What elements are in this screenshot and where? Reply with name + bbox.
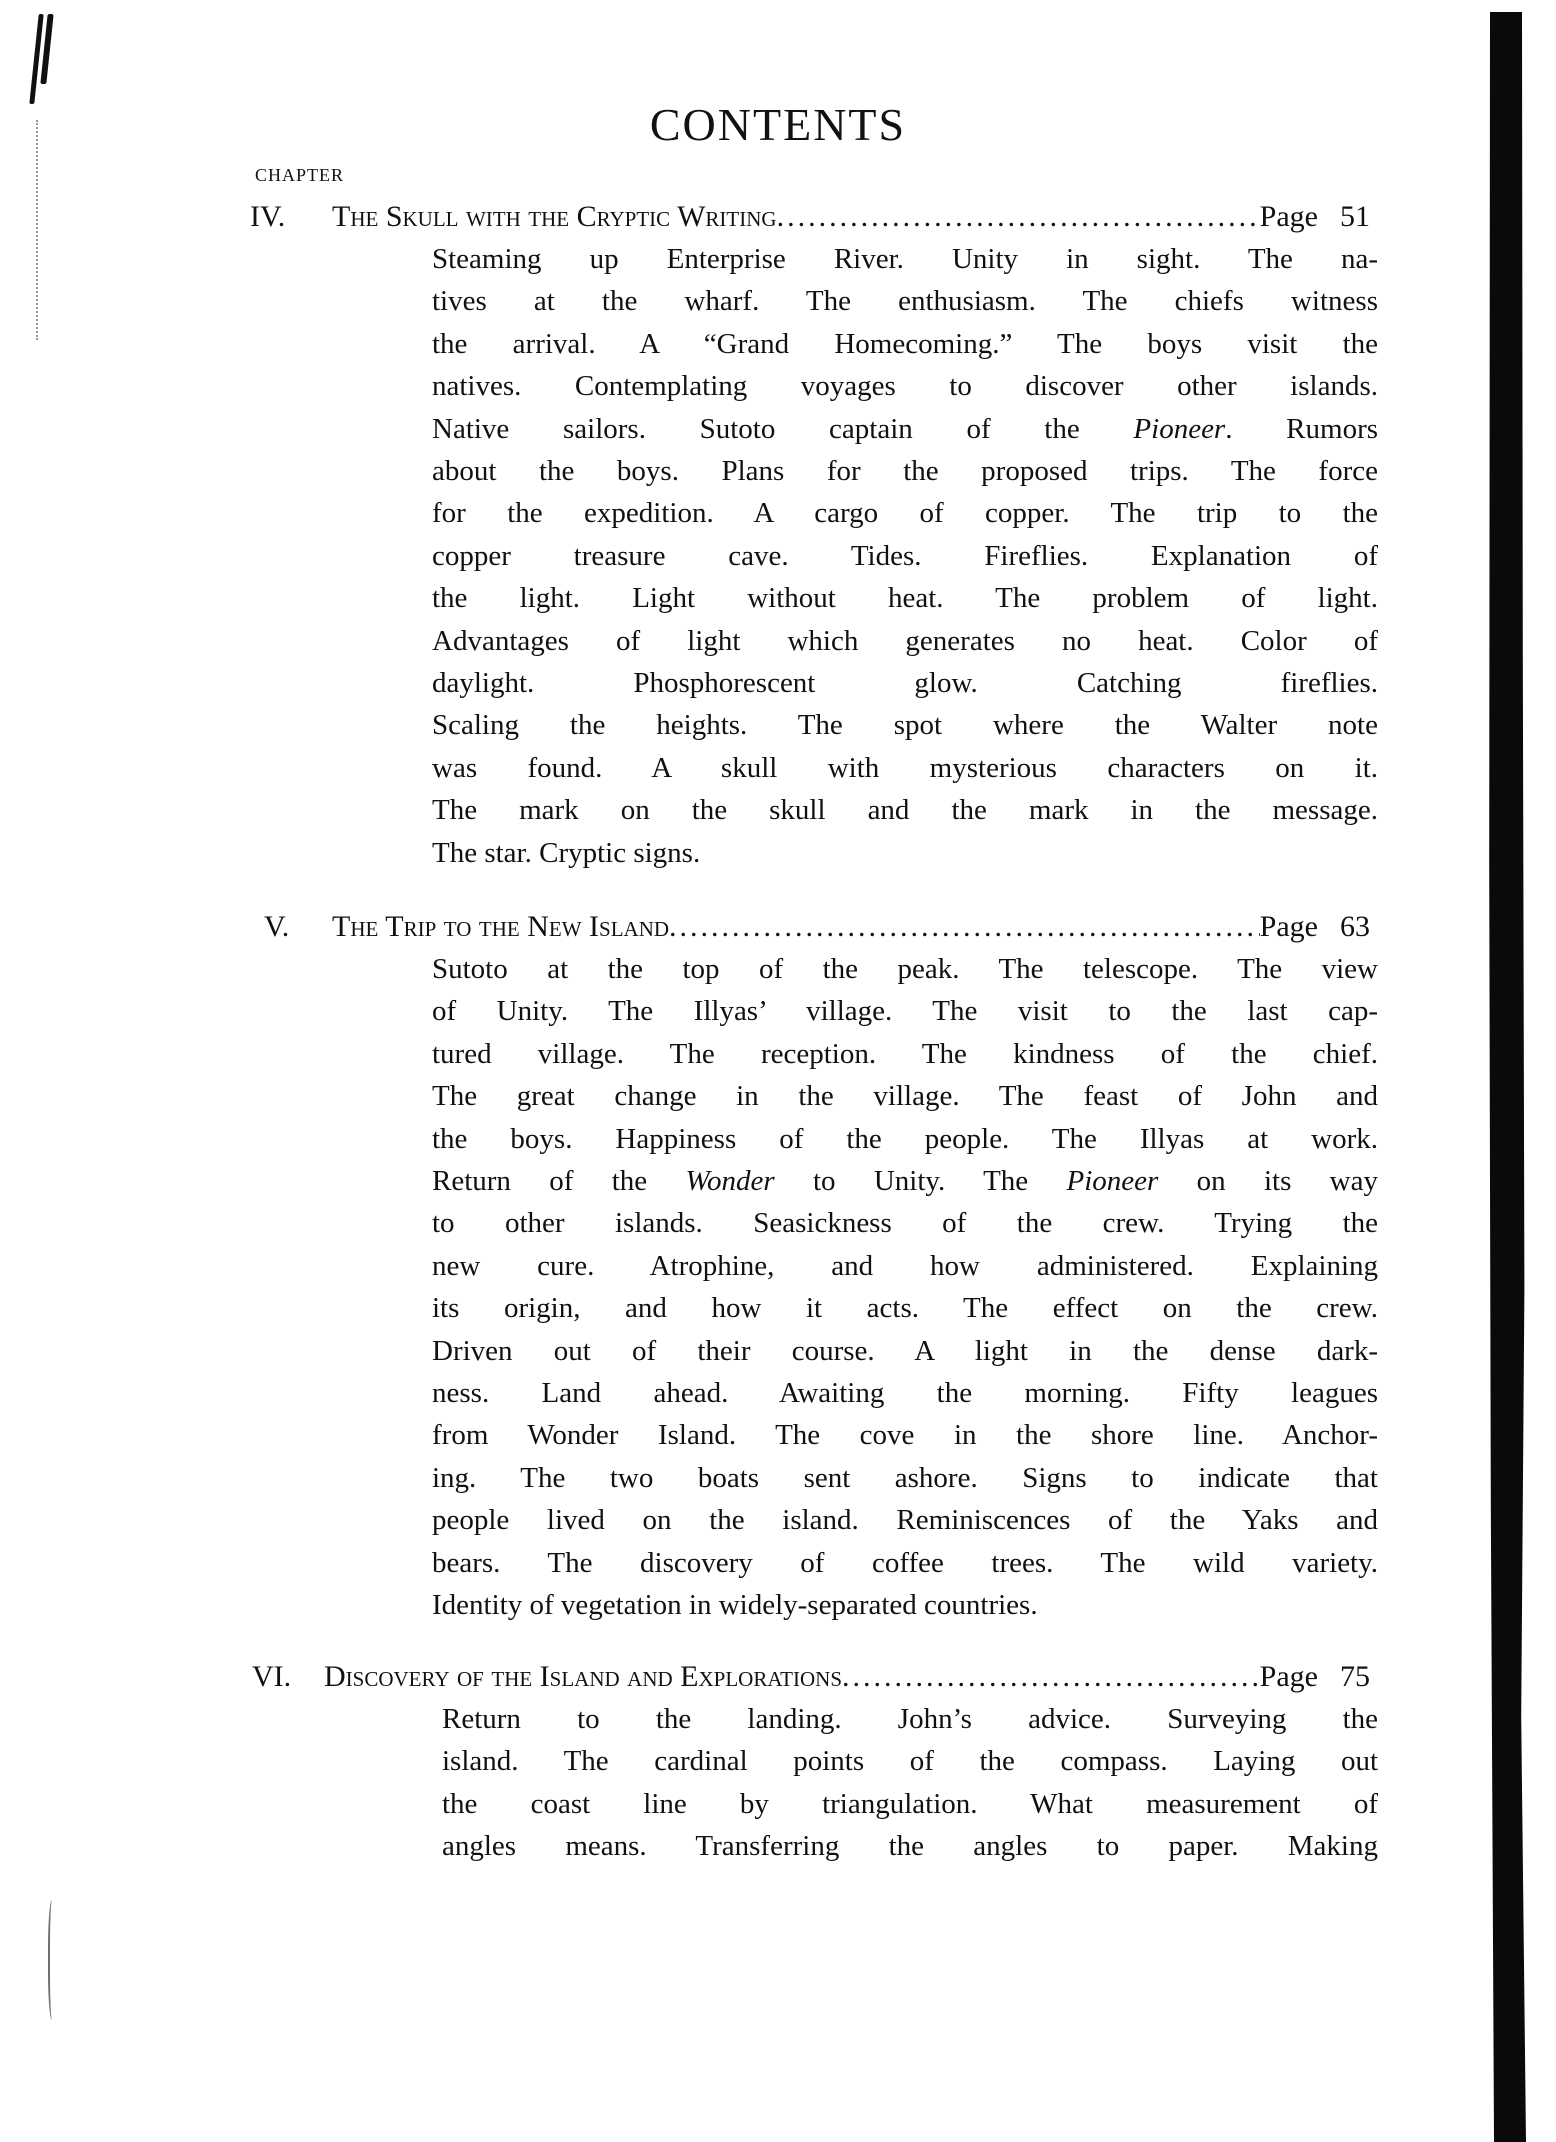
page-number[interactable]: 75: [1340, 1656, 1370, 1698]
leader-dots: ........................................…: [669, 906, 1260, 948]
summary-line: for the expedition. A cargo of copper. T…: [432, 492, 1378, 534]
summary-line: tives at the wharf. The enthusiasm. The …: [432, 280, 1378, 322]
page-title: CONTENTS: [0, 98, 1556, 151]
summary-line: bears. The discovery of coffee trees. Th…: [432, 1542, 1378, 1584]
toc-heading: VI. Discovery of the Island and Explorat…: [250, 1656, 1370, 1698]
leader-dots: ........................................…: [842, 1656, 1260, 1698]
summary-line: angles means. Transferring the angles to…: [442, 1825, 1378, 1867]
summary-line: people lived on the island. Reminiscence…: [432, 1499, 1378, 1541]
chapter-summary: Sutoto at the top of the peak. The teles…: [432, 948, 1378, 1627]
page-number[interactable]: 63: [1340, 906, 1370, 948]
summary-line: Advantages of light which generates no h…: [432, 620, 1378, 662]
summary-line: ness. Land ahead. Awaiting the morning. …: [432, 1372, 1378, 1414]
ship-name: Wonder: [686, 1165, 775, 1197]
summary-line: Sutoto at the top of the peak. The teles…: [432, 948, 1378, 990]
chapter-title[interactable]: Discovery of the Island and Explorations: [324, 1656, 842, 1698]
ship-name: Pioneer: [1067, 1165, 1159, 1197]
chapter-title[interactable]: The Trip to the New Island: [332, 906, 669, 948]
summary-line: from Wonder Island. The cove in the shor…: [432, 1414, 1378, 1456]
summary-line: Return of the Wonder to Unity. The Pione…: [432, 1160, 1378, 1202]
toc-entry-iv: IV. The Skull with the Cryptic Writing .…: [250, 196, 1370, 874]
summary-line: natives. Contemplating voyages to discov…: [432, 365, 1378, 407]
page-label: Page: [1260, 1656, 1318, 1698]
summary-line: daylight. Phosphorescent glow. Catching …: [432, 662, 1378, 704]
summary-line: the light. Light without heat. The probl…: [432, 577, 1378, 619]
summary-line: Scaling the heights. The spot where the …: [432, 704, 1378, 746]
summary-line: to other islands. Seasickness of the cre…: [432, 1202, 1378, 1244]
summary-line: The star. Cryptic signs.: [432, 832, 1378, 874]
summary-line: Steaming up Enterprise River. Unity in s…: [432, 238, 1378, 280]
toc-entry-vi: VI. Discovery of the Island and Explorat…: [250, 1656, 1370, 1868]
summary-line: ing. The two boats sent ashore. Signs to…: [432, 1457, 1378, 1499]
summary-line: Driven out of their course. A light in t…: [432, 1330, 1378, 1372]
summary-line: of Unity. The Illyas’ village. The visit…: [432, 990, 1378, 1032]
chapter-title[interactable]: The Skull with the Cryptic Writing: [332, 196, 777, 238]
summary-line: its origin, and how it acts. The effect …: [432, 1287, 1378, 1329]
page-label: Page: [1260, 906, 1318, 948]
chapter-summary: Return to the landing. John’s advice. Su…: [442, 1698, 1378, 1868]
page-binding-shadow: [1486, 12, 1526, 2142]
summary-line: Native sailors. Sutoto captain of the Pi…: [432, 408, 1378, 450]
chapter-summary: Steaming up Enterprise River. Unity in s…: [432, 238, 1378, 874]
chapter-numeral: IV.: [250, 196, 332, 238]
summary-line: tured village. The reception. The kindne…: [432, 1033, 1378, 1075]
chapter-numeral: VI.: [250, 1656, 324, 1698]
summary-line: The mark on the skull and the mark in th…: [432, 789, 1378, 831]
summary-line: copper treasure cave. Tides. Fireflies. …: [432, 535, 1378, 577]
toc-heading: V. The Trip to the New Island ..........…: [250, 906, 1370, 948]
summary-line: The great change in the village. The fea…: [432, 1075, 1378, 1117]
toc-entry-v: V. The Trip to the New Island ..........…: [250, 906, 1370, 1627]
summary-line: island. The cardinal points of the compa…: [442, 1740, 1378, 1782]
summary-line: Identity of vegetation in widely-separat…: [432, 1584, 1378, 1626]
summary-line: the boys. Happiness of the people. The I…: [432, 1118, 1378, 1160]
summary-line: the arrival. A “Grand Homecoming.” The b…: [432, 323, 1378, 365]
chapter-column-label: CHAPTER: [255, 165, 344, 186]
scan-artifact-specks: [36, 120, 54, 340]
toc-heading: IV. The Skull with the Cryptic Writing .…: [250, 196, 1370, 238]
chapter-numeral: V.: [250, 906, 332, 948]
page-label: Page: [1260, 196, 1318, 238]
summary-line: about the boys. Plans for the proposed t…: [432, 450, 1378, 492]
summary-line: was found. A skull with mysterious chara…: [432, 747, 1378, 789]
summary-line: the coast line by triangulation. What me…: [442, 1783, 1378, 1825]
page-number[interactable]: 51: [1340, 196, 1370, 238]
summary-line: Return to the landing. John’s advice. Su…: [442, 1698, 1378, 1740]
leader-dots: ........................................…: [777, 196, 1260, 238]
summary-line: new cure. Atrophine, and how administere…: [432, 1245, 1378, 1287]
ship-name: Pioneer: [1133, 413, 1225, 445]
scan-artifact-curve: [48, 1900, 58, 2020]
